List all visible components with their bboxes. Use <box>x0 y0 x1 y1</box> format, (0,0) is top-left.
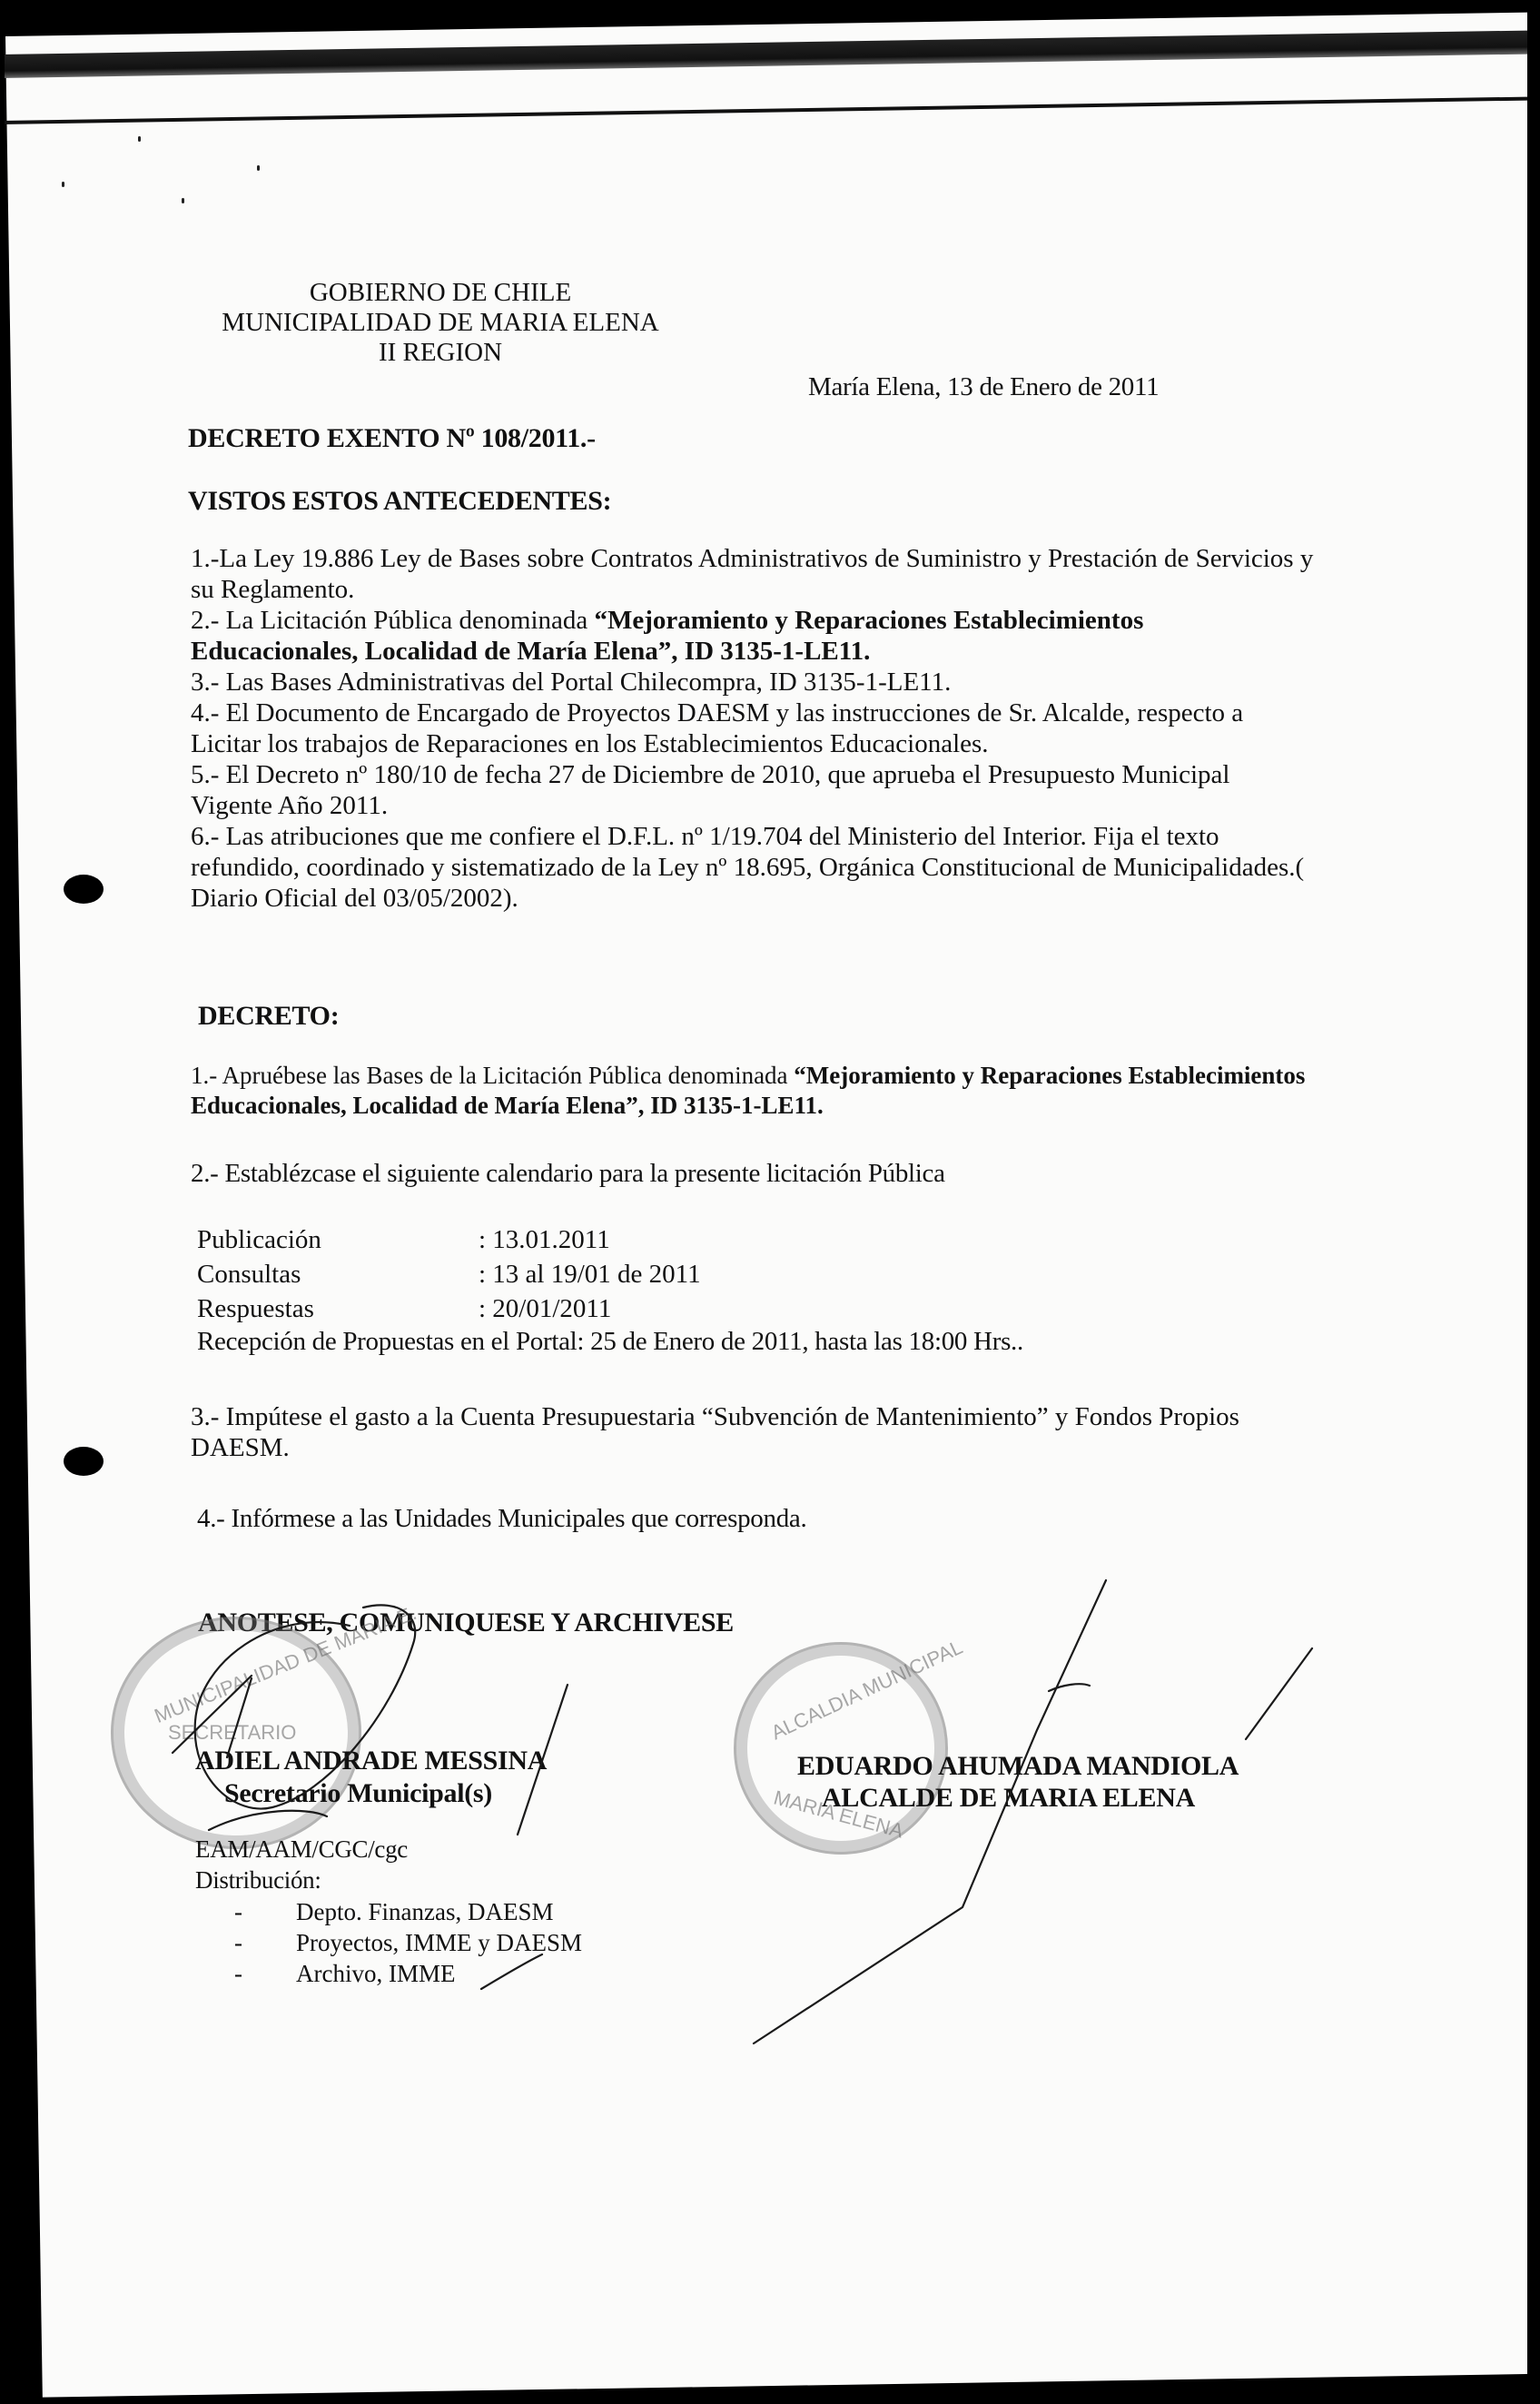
vistos-item: 4.- El Documento de Encargado de Proyect… <box>191 697 1317 759</box>
vistos-item: 6.- Las atribuciones que me confiere el … <box>191 821 1317 914</box>
decreto-item-2: 2.- Establézcase el siguiente calendario… <box>191 1159 945 1189</box>
vistos-list: 1.-La Ley 19.886 Ley de Bases sobre Cont… <box>191 543 1317 914</box>
distribution-item: -Proyectos, IMME y DAESM <box>234 1929 582 1957</box>
decreto-item-1: 1.- Apruébese las Bases de la Licitación… <box>191 1061 1317 1121</box>
vistos-item: 2.- La Licitación Pública denominada “Me… <box>191 605 1317 667</box>
decreto-item-4: 4.- Infórmese a las Unidades Municipales… <box>197 1504 806 1534</box>
mayor-title: ALCALDE DE MARIA ELENA <box>822 1783 1195 1813</box>
decreto-heading: DECRETO: <box>198 1001 339 1031</box>
reference-initials: EAM/AAM/CGC/cgc <box>195 1835 408 1865</box>
distribution-item: -Archivo, IMME <box>234 1960 455 1988</box>
secretary-name: ADIEL ANDRADE MESSINA <box>195 1746 547 1776</box>
vistos-item: 3.- Las Bases Administrativas del Portal… <box>191 667 1317 697</box>
vistos-item: 5.- El Decreto nº 180/10 de fecha 27 de … <box>191 759 1317 821</box>
municipality-line: MUNICIPALIDAD DE MARIA ELENA <box>186 308 695 338</box>
decree-number: DECRETO EXENTO Nº 108/2011.- <box>188 423 596 453</box>
calendar-row: Respuestas: 20/01/2011 <box>197 1293 611 1324</box>
letterhead: GOBIERNO DE CHILE MUNICIPALIDAD DE MARIA… <box>186 278 695 368</box>
reception-deadline: Recepción de Propuestas en el Portal: 25… <box>197 1327 1023 1357</box>
decree-document: GOBIERNO DE CHILE MUNICIPALIDAD DE MARIA… <box>0 0 1540 2404</box>
stamp-text: SECRETARIO <box>168 1721 296 1745</box>
distribution-label: Distribución: <box>195 1865 321 1895</box>
secretary-title: Secretario Municipal(s) <box>224 1778 492 1808</box>
decreto-item-3: 3.- Impútese el gasto a la Cuenta Presup… <box>191 1401 1308 1463</box>
vistos-heading: VISTOS ESTOS ANTECEDENTES: <box>188 486 611 516</box>
government-line: GOBIERNO DE CHILE <box>186 278 695 308</box>
vistos-item: 1.-La Ley 19.886 Ley de Bases sobre Cont… <box>191 543 1317 605</box>
place-date: María Elena, 13 de Enero de 2011 <box>808 372 1159 402</box>
calendar-row: Publicación: 13.01.2011 <box>197 1224 610 1255</box>
region-line: II REGION <box>186 338 695 368</box>
mayor-name: EDUARDO AHUMADA MANDIOLA <box>797 1751 1239 1781</box>
calendar-row: Consultas: 13 al 19/01 de 2011 <box>197 1259 701 1290</box>
distribution-item: -Depto. Finanzas, DAESM <box>234 1898 553 1926</box>
